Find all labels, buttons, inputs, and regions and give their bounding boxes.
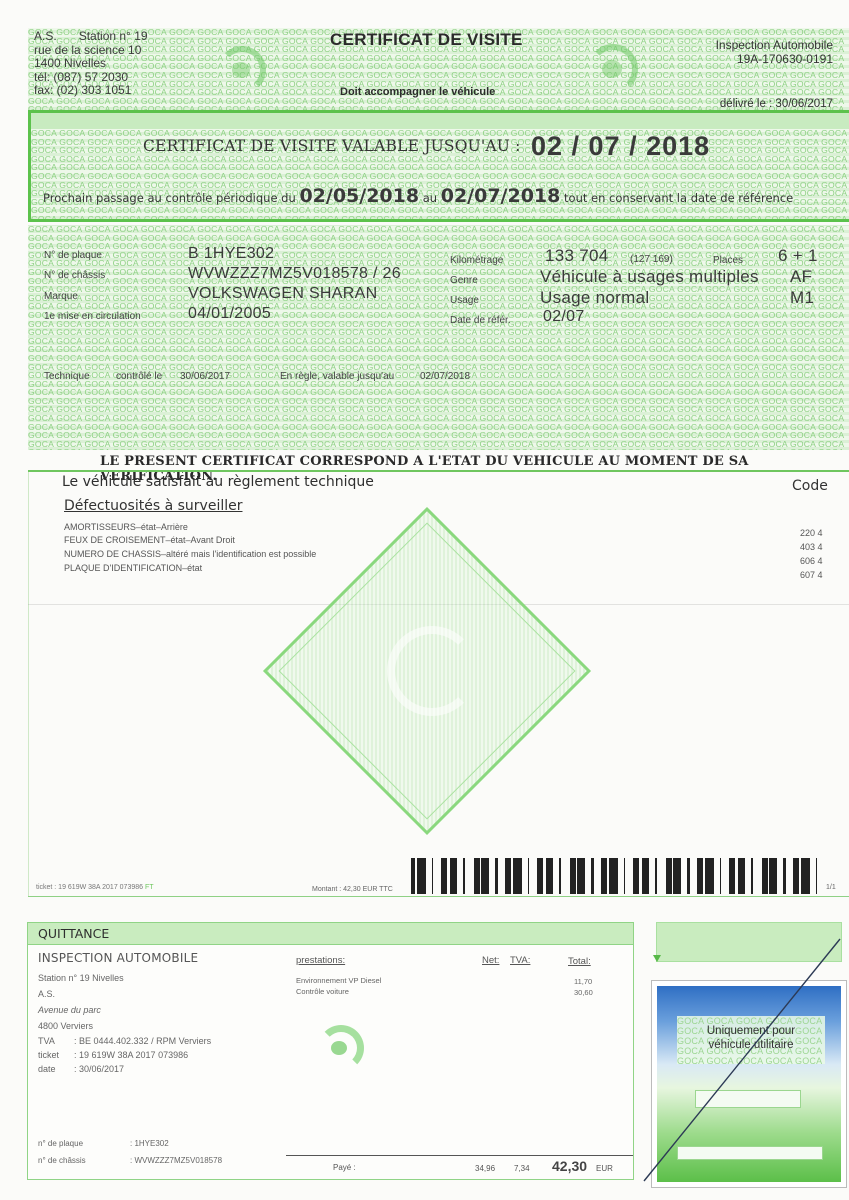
in-order-label: En règle, valable jusqu'au [280,371,394,382]
goca-logo-center-icon [602,60,622,78]
goca-logo-watermark-icon [387,626,477,716]
mileage-previous: (127 169) [630,254,673,265]
station-fax: fax: (02) 303 1051 [34,84,148,98]
ticket-reference: ticket : 19 619W 38A 2017 073986 FT [36,884,154,891]
chassis-key: n° de châssis [38,1156,130,1165]
controlled-date: 30/06/2017 [180,371,230,382]
receipt-name: A.S. [38,989,55,999]
receipt-vat-line: TVA: BE 0444.402.332 / RPM Verviers [38,1036,211,1046]
ticket-value: : 19 619W 38A 2017 073986 [74,1050,188,1060]
next-inspection-prefix: Prochain passage au contrôle périodique … [43,191,296,205]
station-number: Station n° 19 [79,29,148,43]
document-title: CERTIFICAT DE VISITE [330,30,523,50]
genre-value: Véhicule à usages multiples [540,267,759,287]
plate-key: n° de plaque [38,1139,130,1148]
currency: EUR [596,1164,613,1173]
in-order-date: 02/07/2018 [420,371,470,382]
service-item: Environnement VP Diesel [296,976,381,985]
genre-code: AF [790,267,812,287]
validity-title: CERTIFICAT DE VISITE VALABLE JUSQU'AU : [143,137,521,155]
grand-total: 42,30 [552,1158,587,1174]
receipt-header: QUITTANCE [28,923,633,945]
defect-code: 403 4 [800,542,823,552]
goca-logo-center-icon [331,1041,347,1055]
plate-value: B 1HYE302 [188,245,274,263]
receipt-title: QUITTANCE [38,926,109,941]
first-registration-label: 1e mise en circulation [44,311,141,322]
defect-code: 606 4 [800,556,823,566]
usage-value: Usage normal [540,288,649,308]
station-name: A.S. [34,29,57,43]
defect-item: NUMERO DE CHASSIS–altéré mais l'identifi… [64,549,316,559]
amount-total: Montant : 42,30 EUR TTC [312,886,393,893]
code-column-header: Code [792,478,828,494]
chassis-value: : WVWZZZ7MZ5V018578 [130,1156,222,1165]
receipt-date-line: date: 30/06/2017 [38,1064,124,1074]
total-header: Total: [568,956,591,967]
technique-label: Technique [44,371,90,382]
issue-date: délivré le : 30/06/2017 [720,98,833,110]
strike-through-line [640,935,849,1185]
chassis-label: N° de châssis [44,270,105,281]
first-registration-value: 04/01/2005 [188,305,271,323]
receipt-city: 4800 Verviers [38,1021,93,1031]
date-value: : 30/06/2017 [74,1064,124,1074]
receipt-station: Station n° 19 Nivelles [38,973,124,983]
defect-item: AMORTISSEURS–état–Arrière [64,522,188,532]
station-block: A.S.Station n° 19 rue de la science 10 1… [34,30,148,98]
service-total: 11,70 [574,977,592,986]
paid-label: Payé : [333,1163,356,1172]
genre-label: Genre [450,275,478,286]
seats-label: Places [713,255,743,266]
make-label: Marque [44,291,78,302]
service-item: Contrôle voiture [296,987,349,996]
mileage-value: 133 704 [545,246,609,266]
plate-value: : 1HYE302 [130,1139,169,1148]
station-city: 1400 Nivelles [34,57,148,71]
vat-header: TVA: [510,955,530,966]
net-total: 34,96 [475,1164,495,1173]
vat-total: 7,34 [514,1164,530,1173]
document-subtitle: Doit accompagner le véhicule [340,86,495,98]
goca-logo-center-icon [232,62,250,78]
divider [286,1155,633,1156]
defect-item: FEUX DE CROISEMENT–état–Avant Droit [64,535,235,545]
station-phone: tél: (087) 57 2030 [34,71,148,85]
date-key: date [38,1064,74,1074]
defects-title: Défectuosités à surveiller [64,498,242,514]
vat-value: : BE 0444.402.332 / RPM Verviers [74,1036,211,1046]
services-header: prestations: [296,955,345,966]
receipt-ticket-line: ticket: 19 619W 38A 2017 073986 [38,1050,188,1060]
receipt-chassis-line: n° de châssis: WVWZZZ7MZ5V018578 [38,1156,222,1165]
next-inspection-between: au [423,191,437,205]
next-inspection-to: 02/07/2018 [441,185,561,207]
validity-band-top [31,113,849,129]
controlled-label: contrôlé le [116,371,162,382]
mileage-label: Kilométrage [450,255,503,266]
chassis-value: WVWZZZ7MZ5V018578 / 26 [188,265,401,283]
receipt-street: Avenue du parc [38,1005,101,1015]
station-address: rue de la science 10 [34,44,148,58]
inspection-number: 19A-170630-0191 [737,52,833,66]
plate-label: N° de plaque [44,250,102,261]
next-inspection-line: Prochain passage au contrôle périodique … [43,185,793,207]
barcode [411,858,817,894]
validity-date: 02 / 07 / 2018 [531,131,710,162]
make-value: VOLKSWAGEN SHARAN [188,285,377,303]
seats-value: 6 + 1 [778,246,818,266]
validity-band: GOCA GOCA GOCA GOCA GOCA GOCA GOCA GOCA … [28,110,849,222]
result-verdict: Le véhicule satisfait au règlement techn… [62,474,374,490]
receipt-plate-line: n° de plaque: 1HYE302 [38,1139,169,1148]
reference-date-value: 02/07 [543,308,585,326]
net-header: Net: [482,955,499,966]
inspection-label: Inspection Automobile [716,38,833,52]
next-inspection-from: 02/05/2018 [299,185,419,207]
receipt-panel: QUITTANCE INSPECTION AUTOMOBILE Station … [27,922,634,1180]
ticket-suffix: FT [145,884,154,891]
divider [28,896,849,897]
defect-code: 607 4 [800,570,823,580]
usage-label: Usage [450,295,479,306]
defect-item: PLAQUE D'IDENTIFICATION–état [64,563,202,573]
reference-date-label: Date de référ. [450,315,511,326]
page-number: 1/1 [826,884,836,891]
usage-code: M1 [790,288,814,308]
receipt-company: INSPECTION AUTOMOBILE [38,951,198,965]
defect-code: 220 4 [800,528,823,538]
next-inspection-suffix: tout en conservant la date de référence [564,191,793,205]
vat-key: TVA [38,1036,74,1046]
ticket-number: ticket : 19 619W 38A 2017 073986 [36,884,143,891]
service-total: 30,60 [574,988,593,997]
ticket-key: ticket [38,1050,74,1060]
